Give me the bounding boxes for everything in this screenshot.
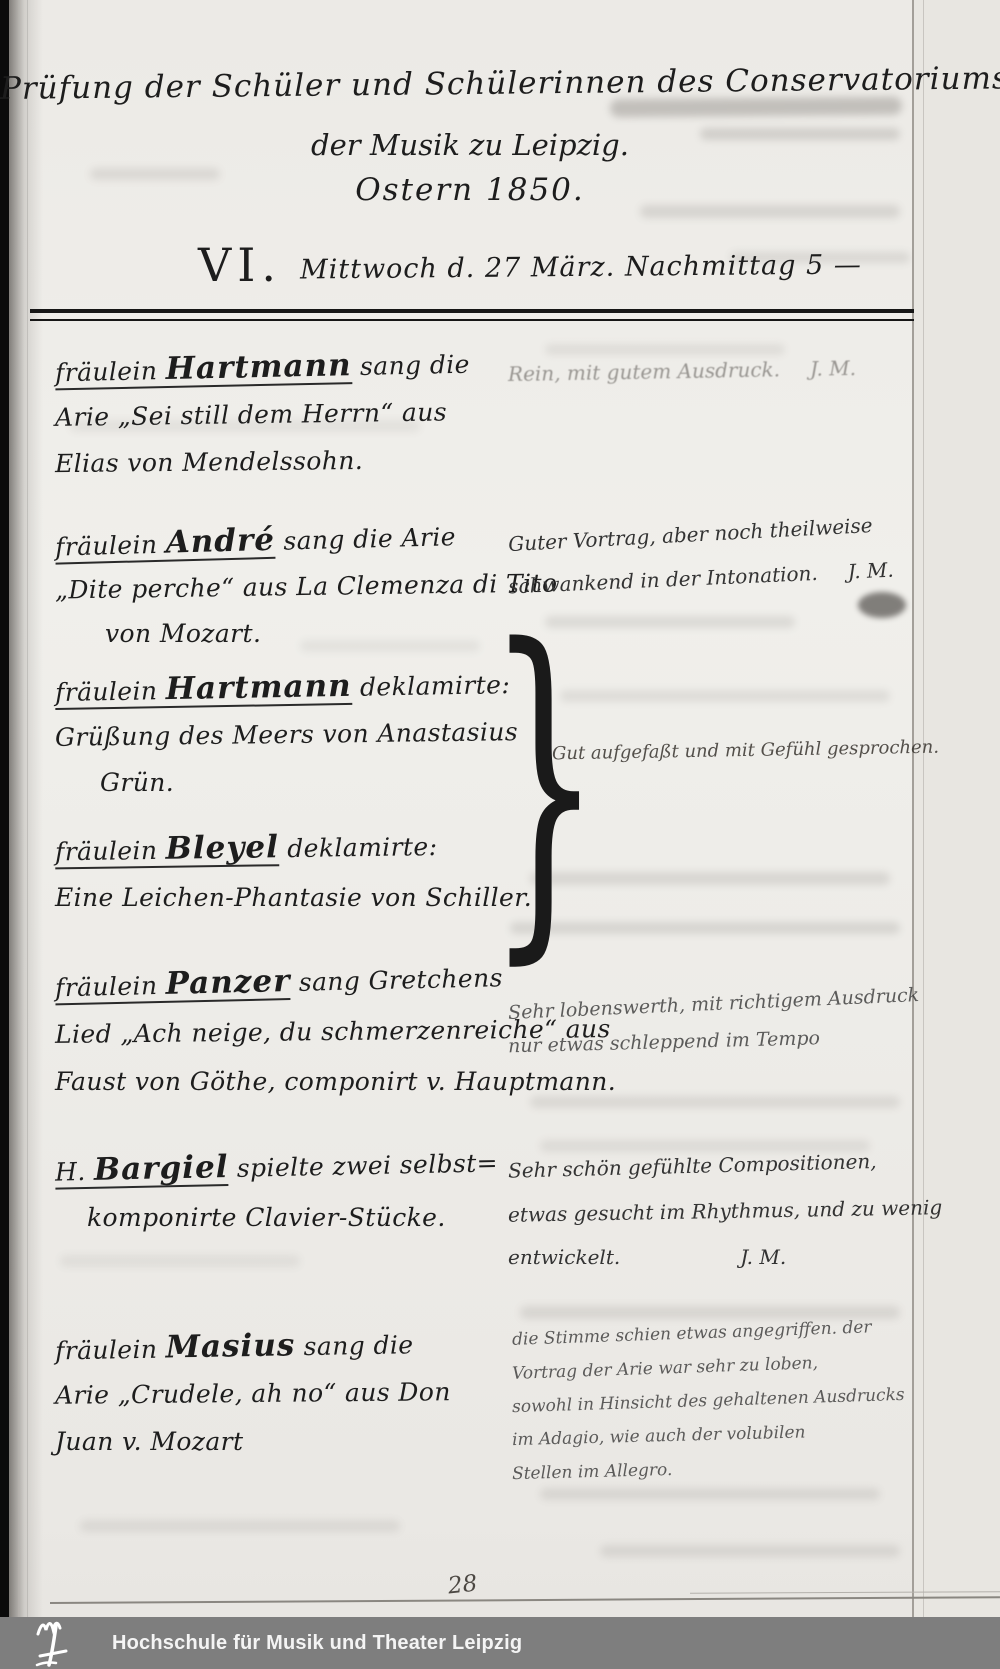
performer-name: André [165, 522, 275, 561]
performer-name-underlined: fräulein Hartmann [55, 352, 352, 390]
line-text: fräulein [55, 676, 166, 707]
comment-text: entwickelt. [508, 1245, 620, 1269]
bleed-smudge [560, 690, 890, 702]
bleed-smudge [600, 1545, 900, 1557]
performer-name: Bargiel [94, 1149, 229, 1188]
page-number: 28 [447, 1571, 479, 1600]
line-text: sang Gretchens [290, 963, 503, 997]
performer-name: Hartmann [165, 347, 352, 387]
session-numeral: VI. [198, 238, 282, 292]
line-text: deklamirte: [279, 832, 438, 863]
line-text: H. [55, 1157, 95, 1187]
performance-line: Grüßung des Meers von Anastasius [55, 708, 519, 762]
performance-line: Faust von Göthe, componirt v. Hauptmann. [55, 1058, 616, 1105]
comment-line: entwickelt.J. M. [508, 1234, 942, 1280]
book-binding-shadow [9, 0, 43, 1617]
examiner-comment: die Stimme schien etwas angegriffen. der… [512, 1316, 905, 1486]
examiner-initials: J. M. [847, 558, 894, 584]
entry-hartmann-declamation: fräulein Hartmann deklamirte: Grüßung de… [55, 664, 518, 806]
performer-name: Masius [165, 1327, 295, 1365]
header-title-line2: der Musik zu Leipzig. [0, 128, 940, 162]
performer-name: Hartmann [165, 668, 352, 707]
examiner-initials: J. M. [740, 1245, 786, 1269]
session-info: Mittwoch d. 27 März. Nachmittag 5 — [300, 250, 862, 286]
line-text: fräulein [55, 356, 166, 387]
line-text: fräulein [55, 836, 166, 867]
footer-institution-label: Hochschule für Musik und Theater Leipzig [112, 1617, 522, 1669]
footer-bar: Hochschule für Musik und Theater Leipzig [0, 1617, 1000, 1669]
manuscript-page: Prüfung der Schüler und Schülerinnen des… [0, 0, 1000, 1669]
page-edge-bottom [50, 1596, 1000, 1604]
performance-line: Arie „Sei still dem Herrn“ aus [55, 388, 470, 441]
comment-text: Rein, mit gutem Ausdruck. [508, 357, 780, 386]
comment-line: etwas gesucht im Rhythmus, und zu wenig [508, 1184, 943, 1238]
line-text: sang die [295, 1330, 414, 1361]
performance-line: fräulein Bleyel deklamirte: [55, 817, 533, 878]
examiner-comment: Sehr schön gefühlte Compositionen, etwas… [508, 1142, 942, 1280]
performer-name-underlined: H. Bargiel [55, 1154, 229, 1190]
performer-name-underlined: fräulein André [55, 527, 276, 565]
examiner-comment: Rein, mit gutem Ausdruck.J. M. [508, 350, 856, 392]
performance-line: fräulein Hartmann sang die [55, 340, 471, 396]
performance-line: „Dite perche“ aus La Clemenza di Tito [55, 559, 558, 613]
line-text: fräulein [55, 971, 166, 1003]
examiner-comment-shared: Gut aufgefaßt und mit Gefühl gesprochen. [552, 737, 939, 765]
page-stack-line [923, 0, 924, 1617]
grouping-brace: } [487, 648, 602, 920]
performance-line: Juan v. Mozart [55, 1418, 451, 1465]
performance-line: Arie „Crudele, ah no“ aus Don [55, 1368, 451, 1419]
divider-rule-top [30, 309, 914, 313]
entry-andre-aria: fräulein André sang die Arie „Dite perch… [55, 516, 557, 657]
entry-hartmann-aria: fräulein Hartmann sang die Arie „Sei sti… [55, 344, 470, 485]
line-text: fräulein [55, 530, 166, 562]
book-binding-edge [0, 0, 9, 1617]
entry-bargiel-piano: H. Bargiel spielte zwei selbst= komponir… [55, 1138, 498, 1241]
page-edge-right [912, 0, 1000, 1617]
performance-line: Grün. [55, 759, 518, 806]
performer-name-underlined: fräulein Bleyel [55, 834, 279, 869]
bleed-smudge [540, 1488, 880, 1500]
header-title-line3: Ostern 1850. [0, 172, 940, 208]
performer-name-underlined: fräulein Panzer [55, 968, 291, 1005]
divider-rule-bottom [30, 319, 914, 321]
examiner-comment: Sehr lobenswerth, mit richtigem Ausdruck… [508, 986, 919, 1060]
line-text: fräulein [55, 1335, 166, 1366]
entry-masius-aria: fräulein Masius sang die Arie „Crudele, … [55, 1322, 451, 1465]
hmt-logo-icon [32, 1618, 78, 1668]
entry-bleyel-declamation: fräulein Bleyel deklamirte: Eine Leichen… [55, 820, 532, 921]
page-stack-line [18, 0, 19, 1617]
performance-line: Eine Leichen-Phantasie von Schiller. [55, 874, 532, 921]
bleed-smudge [80, 1520, 400, 1532]
performance-line: fräulein Hartmann deklamirte: [55, 660, 519, 715]
performance-line: von Mozart. [55, 610, 557, 657]
line-text: sang die [351, 350, 470, 381]
performance-line: H. Bargiel spielte zwei selbst= [54, 1133, 498, 1198]
bleed-smudge [60, 1255, 300, 1267]
performance-line: fräulein Masius sang die [55, 1319, 452, 1374]
comment-line: Rein, mit gutem Ausdruck.J. M. [508, 347, 857, 395]
performer-name: Panzer [165, 963, 291, 1002]
page-stack-line [27, 0, 28, 1617]
performer-name: Bleyel [165, 829, 279, 867]
performer-name-underlined: fräulein Hartmann [55, 673, 352, 710]
examiner-initials: J. M. [810, 356, 856, 381]
performance-line: Elias von Mendelssohn. [55, 436, 470, 487]
line-text: spielte zwei selbst= [228, 1148, 498, 1183]
performance-line: komponirte Clavier-Stücke. [55, 1194, 498, 1241]
line-text: sang die Arie [275, 522, 457, 556]
